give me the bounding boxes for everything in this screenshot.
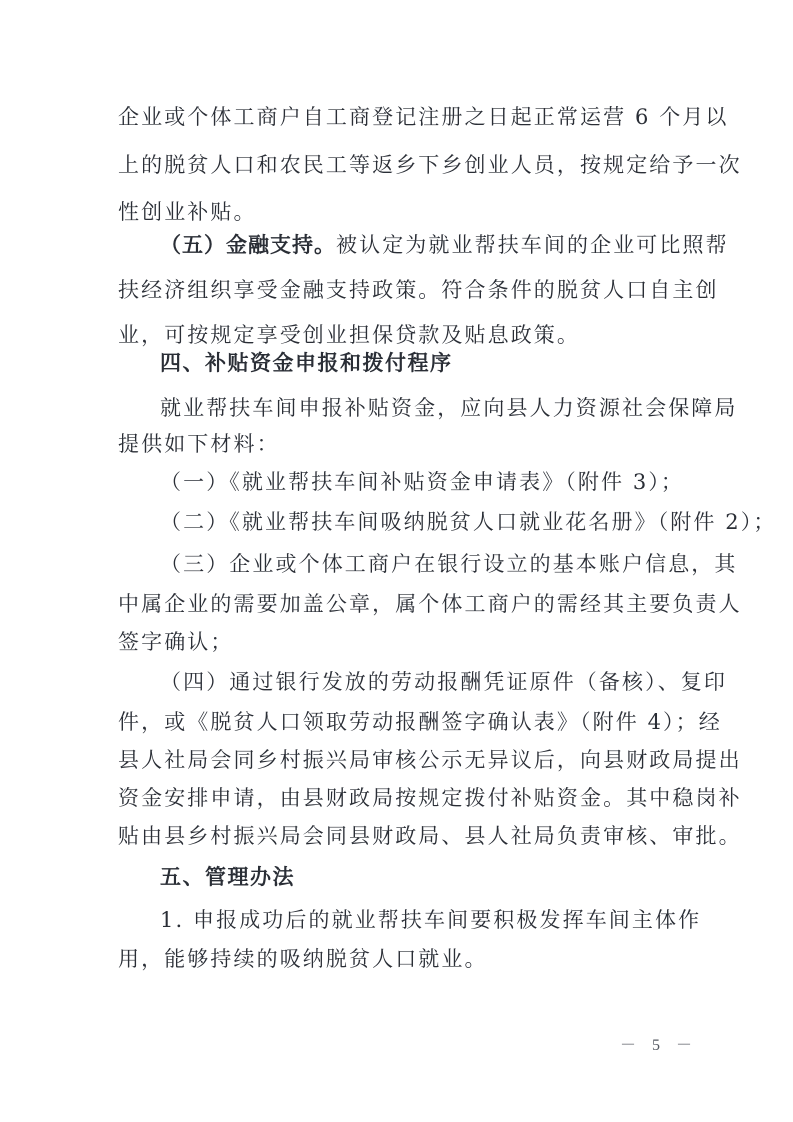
section-heading-4: 四、补贴资金申报和拨付程序: [160, 346, 453, 380]
paragraph-line: 用，能够持续的吸纳脱贫人口就业。: [118, 942, 488, 976]
paragraph-line: 企业或个体工商户自工商登记注册之日起正常运营 6 个月以: [118, 100, 729, 134]
paragraph-line: 提供如下材料：: [118, 427, 280, 461]
paragraph-line: 扶经济组织享受金融支持政策。符合条件的脱贫人口自主创: [118, 273, 719, 307]
material-item-1: （一）《就业帮扶车间补贴资金申请表》（附件 3）；: [160, 465, 684, 499]
material-item-3: （三）企业或个体工商户在银行设立的基本账户信息，其: [160, 547, 738, 581]
section-heading-5: 五、管理办法: [160, 860, 295, 894]
material-item-2: （二）《就业帮扶车间吸纳脱贫人口就业花名册》（附件 2）；: [160, 505, 776, 539]
paragraph-line: 上的脱贫人口和农民工等返乡下乡创业人员，按规定给予一次: [118, 148, 742, 182]
section-finance-label: （五）金融支持。: [160, 233, 336, 257]
paragraph-line: 就业帮扶车间申报补贴资金，应向县人力资源社会保障局: [160, 391, 738, 425]
paragraph-line: 中属企业的需要加盖公章，属个体工商户的需经其主要负责人: [118, 587, 742, 621]
paragraph-line: 贴由县乡村振兴局会同县财政局、县人社局负责审核、审批。: [118, 819, 742, 853]
paragraph-line: 资金安排申请，由县财政局按规定拨付补贴资金。其中稳岗补: [118, 781, 742, 815]
paragraph-line: 件，或《脱贫人口领取劳动报酬签字确认表》（附件 4）；经: [118, 705, 722, 739]
paragraph-line: 县人社局会同乡村振兴局审核公示无异议后，向县财政局提出: [118, 743, 742, 777]
paragraph-line: 性创业补贴。: [118, 195, 257, 229]
section-finance-text: 被认定为就业帮扶车间的企业可比照帮: [336, 233, 729, 257]
section-finance-line: （五）金融支持。被认定为就业帮扶车间的企业可比照帮: [160, 228, 729, 262]
material-item-4: （四）通过银行发放的劳动报酬凭证原件（备核）、复印: [160, 665, 727, 699]
paragraph-line: 签字确认；: [118, 625, 234, 659]
page-number: － 5 －: [620, 1032, 698, 1055]
management-item-1: 1. 申报成功后的就业帮扶车间要积极发挥车间主体作: [160, 903, 701, 937]
